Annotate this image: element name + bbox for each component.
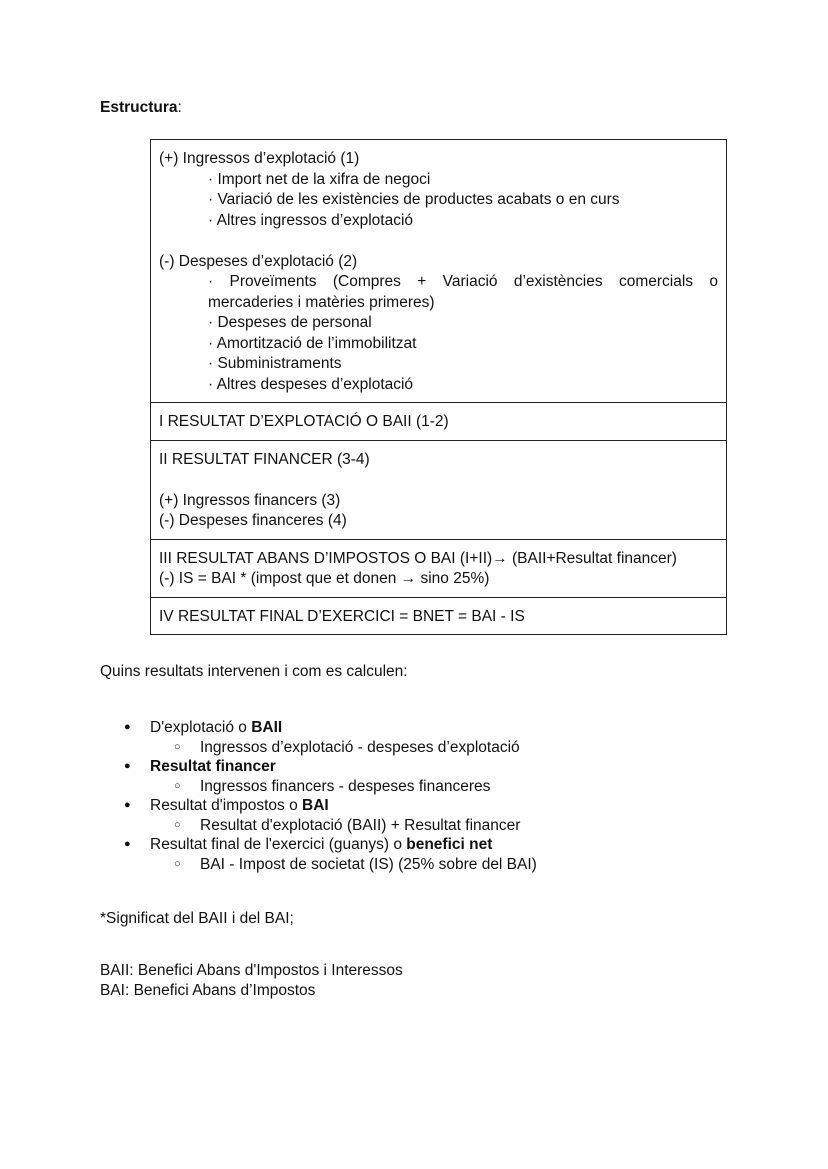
result-iv: IV RESULTAT FINAL D’EXERCICI = BNET = BA… (151, 597, 727, 635)
heading-bold: Estructura (100, 99, 178, 116)
list-item: D'explotació o BAII Ingressos d’explotac… (100, 718, 537, 757)
financial-line: (-) Despeses financeres (4) (159, 511, 718, 532)
result-iv-row: IV RESULTAT FINAL D’EXERCICI = BNET = BA… (151, 597, 727, 635)
list-item: Resultat final de l'exercici (guanys) o … (100, 835, 537, 874)
expense-item: · Proveïments (Compres + Variació d’exis… (208, 272, 718, 293)
expense-item: · Despeses de personal (208, 313, 718, 334)
significance-note: *Significat del BAII i del BAI; (100, 910, 294, 928)
section-heading: Estructura: (100, 99, 182, 117)
definitions: BAII: Benefici Abans d'Impostos i Intere… (100, 961, 403, 1001)
sub-list-item: Ingressos d’explotació - despeses d’expl… (150, 738, 537, 758)
tax-line: (-) IS = BAI * (impost que et donen → si… (159, 569, 718, 590)
result-i-row: I RESULTAT D’EXPLOTACIÓ O BAII (1-2) (151, 403, 727, 441)
list-item: Resultat financer Ingressos financers - … (100, 757, 537, 796)
sub-list-item: BAI - Impost de societat (IS) (25% sobre… (150, 855, 537, 875)
expense-item: · Amortització de l’immobilitzat (208, 334, 718, 355)
structure-table: (+) Ingressos d’explotació (1) · Import … (150, 139, 727, 635)
income-item: · Variació de les existències de product… (159, 190, 718, 211)
income-item: · Import net de la xifra de negoci (159, 170, 718, 191)
operating-expense-title: (-) Despeses d’explotació (2) (159, 252, 718, 273)
expense-item: · Altres despeses d’explotació (208, 375, 718, 396)
result-iii-title: III RESULTAT ABANS D’IMPOSTOS O BAI (I+I… (159, 549, 718, 570)
income-item: · Altres ingressos d’explotació (159, 211, 718, 232)
result-ii-title: II RESULTAT FINANCER (3-4) (159, 450, 718, 471)
sub-list-item: Ingressos financers - despeses financere… (150, 777, 537, 797)
expense-item: · Subministraments (208, 354, 718, 375)
result-ii-row: II RESULTAT FINANCER (3-4) (+) Ingressos… (151, 440, 727, 539)
expense-item-cont: mercaderies i matèries primeres) (208, 293, 718, 314)
operating-row: (+) Ingressos d’explotació (1) · Import … (151, 140, 727, 403)
results-list: D'explotació o BAII Ingressos d’explotac… (100, 718, 537, 874)
definition-baii: BAII: Benefici Abans d'Impostos i Intere… (100, 961, 403, 981)
definition-bai: BAI: Benefici Abans d’Impostos (100, 981, 403, 1001)
operating-income-title: (+) Ingressos d’explotació (1) (159, 149, 718, 170)
financial-line: (+) Ingressos financers (3) (159, 491, 718, 512)
results-intro: Quins resultats intervenen i com es calc… (100, 663, 408, 681)
sub-list-item: Resultat d'explotació (BAII) + Resultat … (150, 816, 537, 836)
list-item: Resultat d'impostos o BAI Resultat d'exp… (100, 796, 537, 835)
result-iii-row: III RESULTAT ABANS D’IMPOSTOS O BAI (I+I… (151, 539, 727, 597)
result-i: I RESULTAT D’EXPLOTACIÓ O BAII (1-2) (151, 403, 727, 441)
